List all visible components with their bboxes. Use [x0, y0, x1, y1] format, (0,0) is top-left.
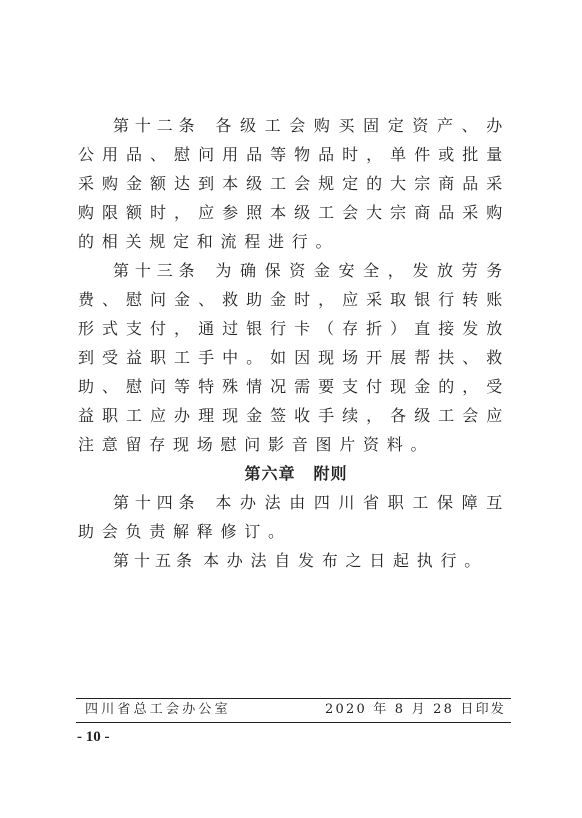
article-text: 本办法自发布之日起执行。 [203, 551, 488, 570]
article-text: 为确保资金安全，发放劳务费、慰问金、救助金时，应采取银行转账形式支付，通过银行卡… [78, 261, 510, 454]
chapter-title: 附则 [314, 464, 348, 483]
footer-top-rule [76, 698, 511, 699]
article-text: 各级工会购买固定资产、办公用品、慰问用品等物品时，单件或批量采购金额达到本级工会… [78, 116, 510, 251]
document-body: 第十二条各级工会购买固定资产、办公用品、慰问用品等物品时，单件或批量采购金额达到… [78, 111, 510, 575]
page-number: - 10 - [77, 728, 110, 746]
article-13: 第十三条为确保资金安全，发放劳务费、慰问金、救助金时，应采取银行转账形式支付，通… [78, 256, 510, 459]
article-number: 第十五条 [113, 551, 197, 570]
article-number: 第十三条 [113, 261, 201, 280]
footer-bottom-rule [76, 722, 511, 723]
article-number: 第十四条 [113, 493, 201, 512]
footer-issue-date: 2020 年 8 月 28 日印发 [325, 701, 506, 719]
article-number: 第十二条 [113, 116, 201, 135]
chapter-number: 第六章 [244, 464, 295, 483]
chapter-heading: 第六章附则 [78, 459, 510, 488]
footer-issuer: 四川省总工会办公室 [85, 701, 231, 719]
article-12: 第十二条各级工会购买固定资产、办公用品、慰问用品等物品时，单件或批量采购金额达到… [78, 111, 510, 256]
article-14: 第十四条本办法由四川省职工保障互助会负责解释修订。 [78, 488, 510, 546]
article-15: 第十五条本办法自发布之日起执行。 [78, 546, 510, 575]
